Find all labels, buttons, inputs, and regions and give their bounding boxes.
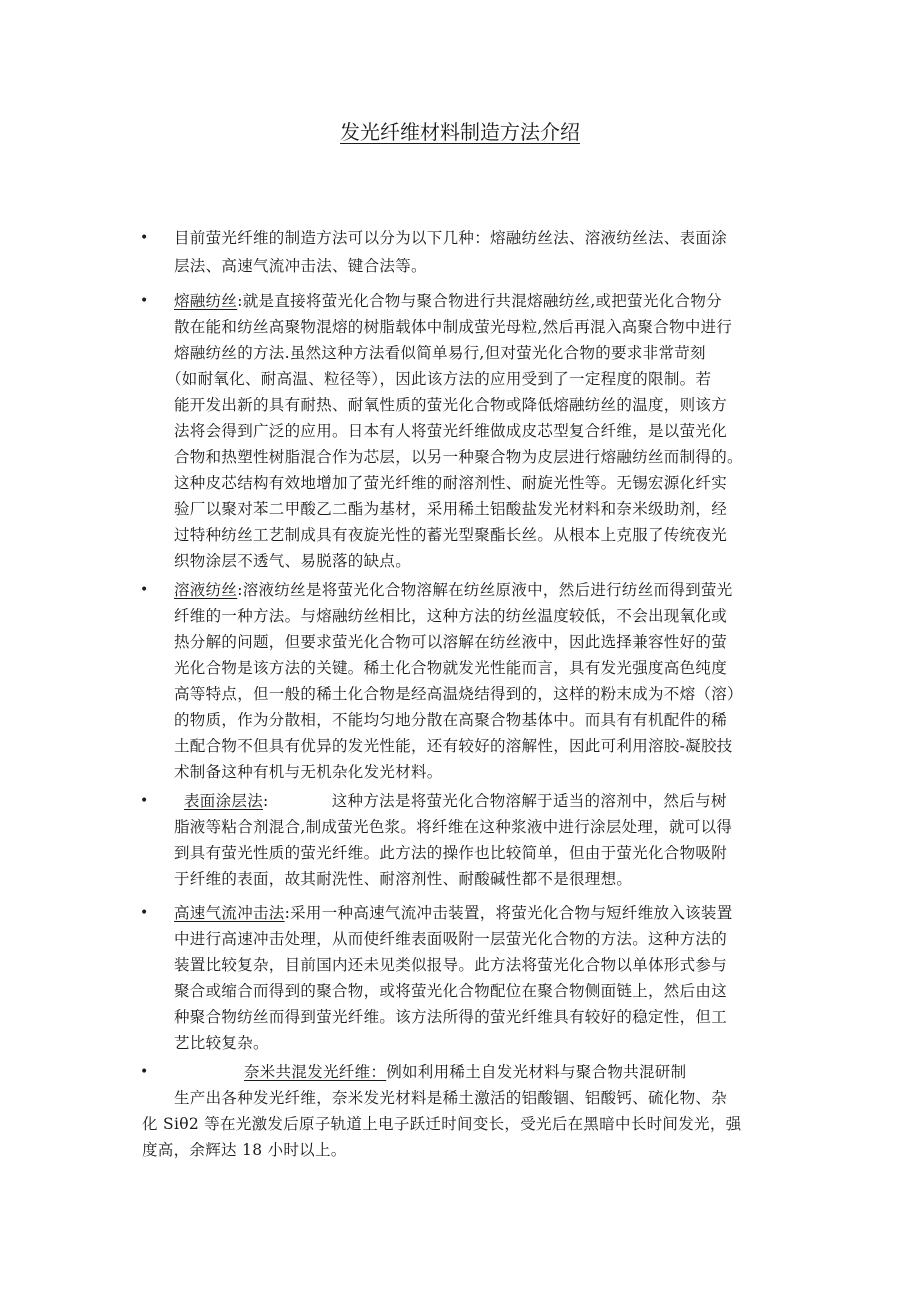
paragraph-line: 到具有萤光性质的萤光纤维。此方法的操作也比较简单，但由于萤光化合物吸附 — [174, 839, 727, 867]
paragraph-line: 土配合物不但具有优异的发光性能，还有较好的溶解性，因此可利用溶胶-凝胶技 — [174, 732, 733, 760]
paragraph-line: 化 Siθ2 等在光激发后原子轨道上电子跃迁时间变长，受光后在黑暗中长时间发光，… — [142, 1110, 741, 1138]
paragraph-line: 纤维的一种方法。与熔融纺丝相比，这种方法的纺丝温度较低，不会出现氧化或 — [174, 602, 727, 630]
paragraph-line: 高速气流冲击法:采用一种高速气流冲击装置，将萤光化合物与短纤维放入该装置 — [174, 899, 733, 927]
paragraph-line: 脂液等粘合剂混合,制成萤光色浆。将纤维在这种浆液中进行涂层处理，就可以得 — [174, 813, 732, 841]
bullet-icon: • — [140, 899, 148, 927]
paragraph-line: 过特种纺丝工艺制成具有夜旋光性的蓄光型聚酯长丝。从根本上克服了传统夜光 — [174, 521, 727, 549]
paragraph-line: 能开发出新的具有耐热、耐氧性质的萤光化合物或降低熔融纺丝的温度，则该方 — [174, 391, 727, 419]
paragraph-line: 高等特点，但一般的稀土化合物是经高温烧结得到的，这样的粉末成为不熔（溶） — [174, 680, 743, 708]
section-heading: 高速气流冲击法 — [174, 904, 285, 922]
paragraph-line: 散在能和纺丝高聚物混熔的树脂载体中制成萤光母粒,然后再混入高聚合物中进行 — [174, 313, 732, 341]
section-heading: 熔融纺丝 — [174, 292, 237, 310]
paragraph-line: 法将会得到广泛的应用。日本有人将萤光纤维做成皮芯型复合纤维，是以萤光化 — [174, 417, 727, 445]
section-heading: 表面涂层法 — [184, 792, 263, 810]
paragraph-line: 奈米共混发光纤维：例如利用稀土自发光材料与聚合物共混研制 — [244, 1058, 686, 1086]
paragraph-line: 装置比较复杂，目前国内还未见类似报导。此方法将萤光化合物以单体形式参与 — [174, 951, 727, 979]
paragraph-line: 中进行高速冲击处理，从而使纤维表面吸附一层萤光化合物的方法。这种方法的 — [174, 925, 727, 953]
paragraph-line: 目前萤光纤维的制造方法可以分为以下几种：熔融纺丝法、溶液纺丝法、表面涂 — [174, 224, 727, 252]
bullet-icon: • — [140, 576, 148, 604]
paragraph-line: 生产出各种发光纤维，奈米发光材料是稀土激活的铝酸锢、铝酸钙、硫化物、杂 — [174, 1084, 727, 1112]
paragraph-line: 于纤维的表面，故其耐洗性、耐溶剂性、耐酸碱性都不是很理想。 — [174, 865, 632, 893]
bullet-icon: • — [140, 787, 148, 815]
paragraph-line: 溶液纺丝:溶液纺丝是将萤光化合物溶解在纺丝原液中，然后进行纺丝而得到萤光 — [174, 576, 733, 604]
paragraph-line: 术制备这种有机与无机杂化发光材料。 — [174, 758, 443, 786]
paragraph-line: 合物和热塑性树脂混合作为芯层，以另一种聚合物为皮层进行熔融纺丝而制得的。 — [174, 443, 743, 471]
paragraph-line: 光化合物是该方法的关键。稀土化合物就发光性能而言，具有发光强度高色纯度 — [174, 654, 727, 682]
bullet-icon: • — [140, 287, 148, 315]
paragraph-line: 熔融纺丝:就是直接将萤光化合物与聚合物进行共混熔融纺丝,或把萤光化合物分 — [174, 287, 722, 315]
section-heading: 奈米共混发光纤维： — [244, 1063, 386, 1081]
paragraph-line: 的物质，作为分散相，不能均匀地分散在高聚合物基体中。而具有有机配件的稀 — [174, 706, 727, 734]
paragraph-line: 验厂以聚对苯二甲酸乙二酯为基材，采用稀土铝酸盐发光材料和奈米级助剂，经 — [174, 495, 727, 523]
paragraph-line: 热分解的问题，但要求萤光化合物可以溶解在纺丝液中，因此选择兼容性好的萤 — [174, 628, 727, 656]
document-title: 发光纤维材料制造方法介绍 — [0, 118, 920, 146]
paragraph-line: （如耐氧化、耐高温、粒径等），因此该方法的应用受到了一定程度的限制。若 — [166, 365, 711, 393]
paragraph-line: 熔融纺丝的方法.虽然这种方法看似简单易行,但对萤光化合物的要求非常苛刻 — [174, 339, 706, 367]
document-page: 发光纤维材料制造方法介绍 • 目前萤光纤维的制造方法可以分为以下几种：熔融纺丝法… — [0, 0, 920, 1301]
paragraph-line: 这种皮芯结构有效地增加了萤光纤维的耐溶剂性、耐旋光性等。无锡宏源化纤实 — [174, 469, 727, 497]
bullet-icon: • — [140, 224, 148, 252]
paragraph-line: 表面涂层法: 这种方法是将萤光化合物溶解于适当的溶剂中，然后与树 — [184, 787, 727, 815]
paragraph-line: 层法、高速气流冲击法、键合法等。 — [174, 252, 427, 280]
paragraph-line: 种聚合物纺丝而得到萤光纤维。该方法所得的萤光纤维具有较好的稳定性，但工 — [174, 1003, 727, 1031]
paragraph-line: 艺比较复杂。 — [174, 1029, 269, 1057]
paragraph-line: 聚合或缩合而得到的聚合物，或将萤光化合物配位在聚合物侧面链上，然后由这 — [174, 977, 727, 1005]
bullet-icon: • — [140, 1058, 148, 1086]
paragraph-line: 织物涂层不透气、易脱落的缺点。 — [174, 547, 411, 575]
section-heading: 溶液纺丝 — [174, 581, 237, 599]
paragraph-line: 度高，余辉达 18 小时以上。 — [142, 1136, 347, 1164]
